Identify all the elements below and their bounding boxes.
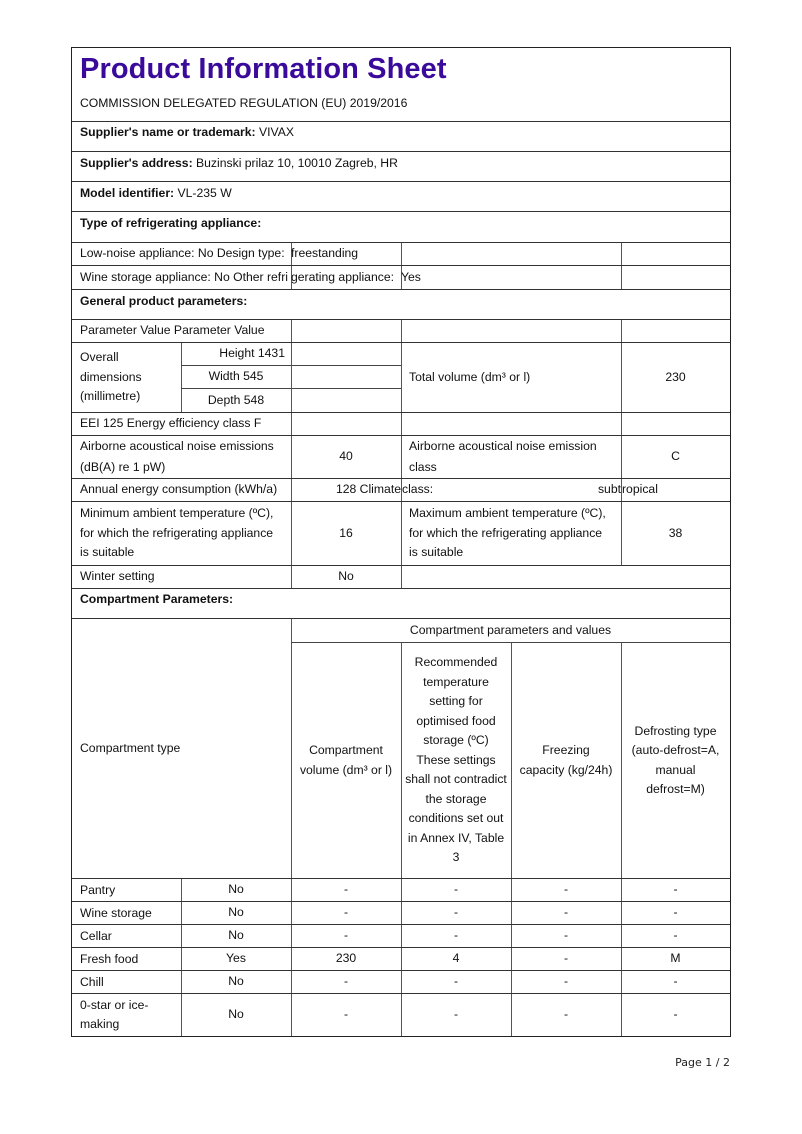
eei-text: EEI 125 Energy efficiency class F [80, 414, 261, 434]
width-value: Width 545 [209, 367, 264, 387]
appliance-type-heading: Type of refrigerating appliance: [80, 214, 261, 234]
winter-setting-value: No [338, 567, 354, 587]
compartment-row: Fresh food Yes 230 4 - M [72, 948, 730, 971]
compartment-temperature: 4 [453, 949, 460, 969]
supplier-name-value: VIVAX [259, 125, 294, 139]
model-row: Model identifier: VL-235 W [72, 182, 730, 212]
compartment-present: No [228, 880, 244, 900]
compartment-present: No [228, 926, 244, 946]
compartment-defrost: M [670, 949, 680, 969]
col-volume-header: Compartment volume (dm³ or l) [299, 741, 393, 780]
compartment-temperature: - [454, 972, 458, 992]
other-appliance-text: gerating appliance: [291, 268, 394, 288]
wine-storage-row: Wine storage appliance: No Other refri g… [72, 266, 730, 290]
model-label: Model identifier: [80, 186, 174, 200]
page-number: Page 1 / 2 [675, 1056, 730, 1069]
min-temp-label: Minimum ambient temperature (ºC), for wh… [80, 504, 284, 563]
total-volume-value: 230 [665, 368, 685, 388]
compartment-freezing: - [564, 972, 568, 992]
compartment-freezing: - [564, 949, 568, 969]
compartment-group-header: Compartment parameters and values [410, 621, 611, 641]
annual-energy-label: Annual energy consumption (kWh/a) [80, 480, 277, 500]
height-value: Height 1431 [219, 344, 285, 364]
design-type-value: freestanding [291, 244, 358, 264]
compartment-header-row: Compartment type Compartment parameters … [72, 619, 730, 879]
supplier-address-label: Supplier's address: [80, 156, 193, 170]
compartment-volume: - [344, 880, 348, 900]
col-defrost-header: Defrosting type (auto-defrost=A, manual … [625, 722, 726, 800]
winter-setting-label: Winter setting [80, 567, 155, 587]
total-volume-label: Total volume (dm³ or l) [409, 368, 530, 388]
annual-energy-value: 128 Climate [336, 480, 401, 500]
depth-value: Depth 548 [208, 391, 264, 411]
compartment-volume: - [344, 903, 348, 923]
wine-storage-text: Wine storage appliance: No Other refri [80, 268, 288, 288]
supplier-address-row: Supplier's address: Buzinski prilaz 10, … [72, 152, 730, 182]
noise-label: Airborne acoustical noise emissions (dB(… [80, 436, 284, 478]
max-temp-label: Maximum ambient temperature (ºC), for wh… [409, 504, 613, 563]
compartment-temperature: - [454, 1005, 458, 1025]
compartment-type: Chill [80, 973, 104, 992]
compartment-row: Chill No - - - - [72, 971, 730, 994]
supplier-address-value: Buzinski prilaz 10, 10010 Zagreb, HR [196, 156, 398, 170]
dimensions-row: Overall dimensions (millimetre) Height 1… [72, 343, 730, 413]
parameter-header-row: Parameter Value Parameter Value [72, 320, 730, 343]
climate-class-label: class: [402, 480, 433, 500]
compartment-freezing: - [564, 880, 568, 900]
compartment-heading: Compartment Parameters: [80, 590, 233, 610]
col-freezing-header: Freezing capacity (kg/24h) [519, 741, 613, 780]
noise-row: Airborne acoustical noise emissions (dB(… [72, 436, 730, 479]
regulation-text: COMMISSION DELEGATED REGULATION (EU) 201… [80, 94, 407, 114]
compartment-freezing: - [564, 926, 568, 946]
compartment-type: Pantry [80, 881, 115, 900]
appliance-type-heading-row: Type of refrigerating appliance: [72, 212, 730, 243]
max-temp-value: 38 [669, 524, 683, 544]
supplier-name-label: Supplier's name or trademark: [80, 125, 256, 139]
compartment-temperature: - [454, 903, 458, 923]
winter-setting-row: Winter setting No [72, 566, 730, 589]
compartment-row: Cellar No - - - - [72, 925, 730, 948]
min-temp-value: 16 [339, 524, 353, 544]
compartment-present: No [228, 903, 244, 923]
low-noise-text: Low-noise appliance: No Design type: [80, 244, 285, 264]
compartment-type: Cellar [80, 927, 112, 946]
compartment-type: 0-star or ice-making [80, 996, 174, 1034]
compartment-temperature: - [454, 880, 458, 900]
compartment-row: 0-star or ice-making No - - - - [72, 994, 730, 1036]
climate-class-value-part1: subt [598, 480, 621, 500]
compartment-row: Wine storage No - - - - [72, 902, 730, 925]
compartment-volume: - [344, 1005, 348, 1025]
general-heading: General product parameters: [80, 292, 247, 312]
compartment-defrost: - [673, 1005, 677, 1025]
compartment-present: No [228, 1005, 244, 1025]
noise-value: 40 [339, 447, 353, 467]
supplier-name-row: Supplier's name or trademark: VIVAX [72, 122, 730, 152]
other-appliance-value: Yes [401, 268, 421, 288]
ambient-temperature-row: Minimum ambient temperature (ºC), for wh… [72, 502, 730, 566]
compartment-defrost: - [673, 903, 677, 923]
col-temperature-header: Recommended temperature setting for opti… [405, 653, 507, 868]
compartment-defrost: - [673, 926, 677, 946]
compartment-defrost: - [673, 972, 677, 992]
compartment-row: Pantry No - - - - [72, 879, 730, 902]
compartment-type: Wine storage [80, 904, 152, 923]
noise-class-value: C [671, 447, 680, 467]
compartment-type-header: Compartment type [80, 739, 180, 759]
compartment-volume: - [344, 926, 348, 946]
compartment-type: Fresh food [80, 950, 138, 969]
title-block: Product Information Sheet COMMISSION DEL… [72, 48, 730, 122]
climate-class-value-part2: ropical [622, 480, 658, 500]
compartment-present: No [228, 972, 244, 992]
general-heading-row: General product parameters: [72, 290, 730, 320]
compartment-volume: - [344, 972, 348, 992]
compartment-freezing: - [564, 903, 568, 923]
compartment-volume: 230 [336, 949, 356, 969]
noise-class-label: Airborne acoustical noise emission class [409, 436, 613, 478]
eei-row: EEI 125 Energy efficiency class F [72, 413, 730, 436]
compartment-defrost: - [673, 880, 677, 900]
low-noise-row: Low-noise appliance: No Design type: fre… [72, 243, 730, 266]
page-title: Product Information Sheet [80, 60, 447, 80]
compartment-heading-row: Compartment Parameters: [72, 589, 730, 619]
compartment-freezing: - [564, 1005, 568, 1025]
compartment-temperature: - [454, 926, 458, 946]
model-value: VL-235 W [178, 186, 232, 200]
product-information-sheet: Product Information Sheet COMMISSION DEL… [71, 47, 731, 1037]
annual-energy-row: Annual energy consumption (kWh/a) 128 Cl… [72, 479, 730, 502]
overall-dimensions-label: Overall dimensions (millimetre) [80, 348, 174, 407]
compartment-present: Yes [226, 949, 246, 969]
parameter-header: Parameter Value Parameter Value [80, 321, 264, 341]
